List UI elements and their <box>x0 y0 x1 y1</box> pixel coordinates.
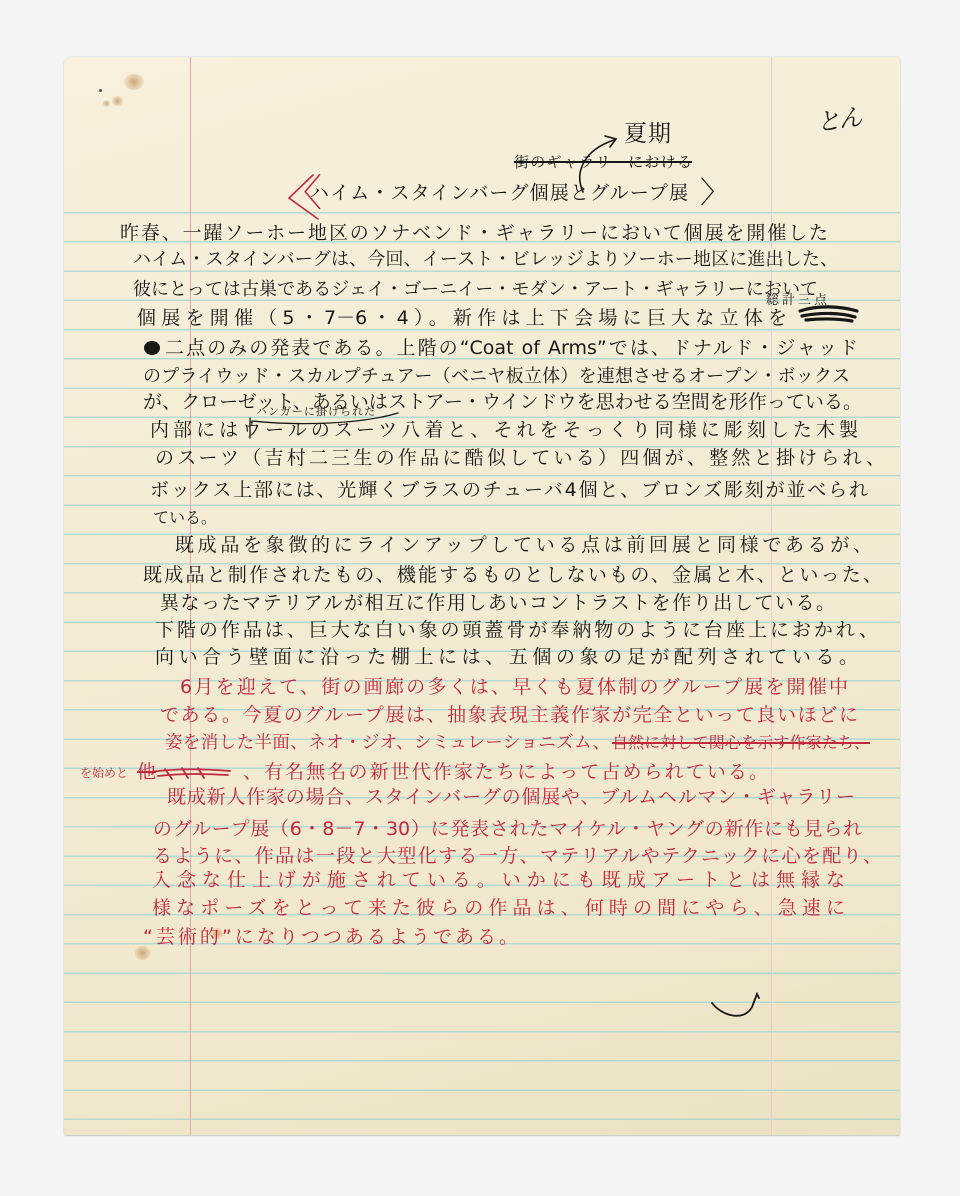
text-line: “芸術的”になりつつあるようである。 <box>143 922 518 952</box>
scanned-manuscript-page: とん 夏期 街のギャラリーにおける 〈 ハイム・スタインバーグ個展とグループ展 … <box>0 0 960 1196</box>
text-line: ている。 <box>153 503 217 533</box>
line-insertion: 総計三点 <box>766 289 830 308</box>
text-line: 姿を消した半面、ネオ・ジオ、シミュレーショニズム、 <box>165 728 610 758</box>
page-mark: とん <box>814 97 862 138</box>
text-line: ボックス上部には、光輝くブラスのチューバ4個と、ブロンズ彫刻が並べられ <box>150 475 868 505</box>
paper-stain <box>112 96 123 106</box>
text-line: 入念な仕上げが施されている。いかにも既成アートとは無縁な <box>152 865 845 895</box>
margin-note: を始めと <box>80 764 128 781</box>
paper-stain <box>124 74 144 90</box>
text-line: 様なポーズをとって来た彼らの作品は、何時の間にやら、急速に <box>152 893 845 923</box>
text-line: 既成新人作家の場合、スタインバーグの個展や、ブルムヘルマン・ギャラリー <box>167 782 855 812</box>
text-line: のスーツ（吉村二三生の作品に酷似している）四個が、整然と掛けられ、 <box>155 443 885 473</box>
text-line: 昨春、一躍ソーホー地区のソナベンド・ギャラリーにおいて個展を開催した <box>120 218 828 248</box>
text-line: 内部にはウールのスーツ八着と、それをそっくり同様に彫刻した木製 <box>150 415 858 445</box>
text-line: が、クローゼット、あるいはストアー・ウインドウを思わせる空間を形作っている。 <box>143 387 862 417</box>
text-line: のグループ展（6・8－7・30）に発表されたマイケル・ヤングの新作にも見られ <box>153 814 862 844</box>
paper-speck <box>99 89 102 92</box>
text-line: 6月を迎えて、街の画廊の多くは、早くも夏体制のグループ展を開催中 <box>180 672 848 702</box>
struck-text: 他 <box>137 757 157 787</box>
text-line: 異なったマテリアルが相互に作用しあいコントラストを作り出している。 <box>160 588 835 618</box>
text-line: ハイム・スタインバーグは、今回、イースト・ビレッジよりソーホー地区に進出した、 <box>133 245 838 275</box>
text-line: 二点のみの発表である。上階の“Coat of Arms”では、ドナルド・ジャッド <box>165 333 858 363</box>
struck-subtitle: 街のギャラリーにおける <box>514 150 692 174</box>
text-line: 彼にとっては古巣であるジェイ・ゴーニイー・モダン・アート・ギャラリーにおいて <box>133 275 818 305</box>
title-insertion: 夏期 <box>624 115 672 148</box>
struck-text: 自然に対して関心を示す作家たち、 <box>612 728 870 758</box>
manuscript-title: ハイム・スタインバーグ個展とグループ展 <box>310 178 688 208</box>
paper-stain <box>103 100 110 107</box>
text-line: 既成品を象徴的にラインアップしている点は前回展と同様であるが、 <box>175 530 872 560</box>
title-bracket-close: 〉 <box>700 174 730 214</box>
text-line: 個展を開催（5・7－6・4）。新作は上下会場に巨大な立体を <box>137 303 787 333</box>
text-line: 下階の作品は、巨大な白い象の頭蓋骨が奉納物のように台座上におかれ、 <box>155 615 878 645</box>
text-line: である。今夏のグループ展は、抽象表現主義作家が完全といって良いほどに <box>160 700 858 730</box>
text-line: 向い合う壁面に沿った棚上には、五個の象の足が配列されている。 <box>155 642 858 672</box>
text-line: 既成品と制作されたもの、機能するものとしないもの、金属と木、といった、 <box>143 560 882 590</box>
line-insertion: ハンガーに掛けられた <box>256 403 376 419</box>
